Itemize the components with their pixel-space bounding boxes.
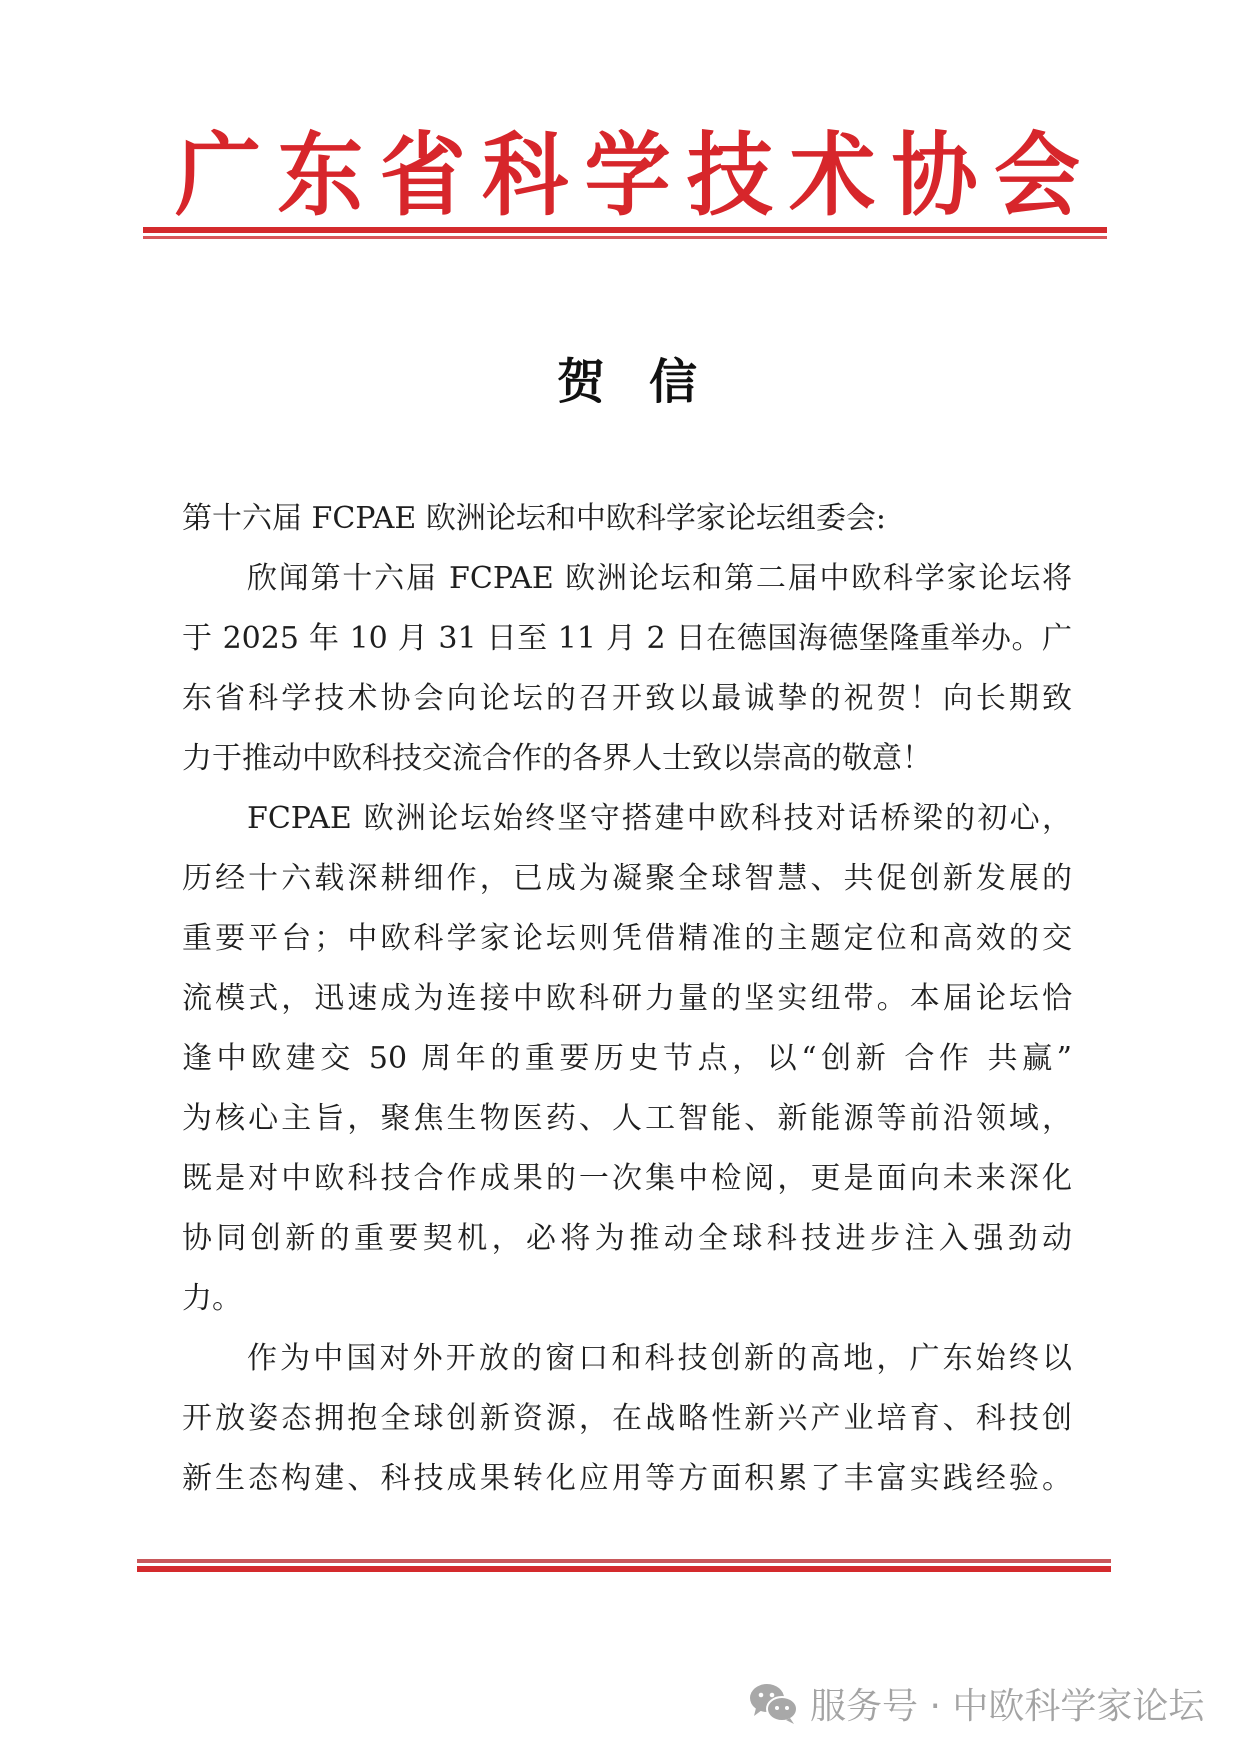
footer-rule-thin (137, 1559, 1111, 1563)
body-line: FCPAE 欧洲论坛始终坚守搭建中欧科技对话桥梁的初心， (182, 789, 1072, 849)
body-line: 既是对中欧科技合作成果的一次集中检阅，更是面向未来深化 (182, 1149, 1072, 1209)
body-line: 协同创新的重要契机，必将为推动全球科技进步注入强劲动 (182, 1209, 1072, 1269)
org-name-char: 术 (789, 126, 875, 226)
body-line: 历经十六载深耕细作，已成为凝聚全球智慧、共促创新发展的 (182, 849, 1072, 909)
body-line: 逢中欧建交 50 周年的重要历史节点，以“创新 合作 共赢” (182, 1029, 1072, 1089)
watermark-text: 服务号 · 中欧科学家论坛 (810, 1678, 1204, 1729)
org-name-char: 会 (994, 126, 1080, 226)
letter-body: 第十六届 FCPAE 欧洲论坛和中欧科学家论坛组委会: 欣闻第十六届 FCPAE… (182, 489, 1072, 1509)
letterhead-org-name: 广 东 省 科 学 技 术 协 会 (175, 128, 1080, 223)
salutation: 第十六届 FCPAE 欧洲论坛和中欧科学家论坛组委会: (182, 489, 1072, 549)
body-line: 为核心主旨，聚焦生物医药、人工智能、新能源等前沿领域， (182, 1089, 1072, 1149)
letter-title: 贺 信 (557, 352, 697, 412)
body-line: 力于推动中欧科技交流合作的各界人士致以崇高的敬意！ (182, 729, 1072, 789)
letter-title-char: 贺 (557, 352, 605, 412)
body-line: 作为中国对外开放的窗口和科技创新的高地，广东始终以 (182, 1329, 1072, 1389)
body-line: 流模式，迅速成为连接中欧科研力量的坚实纽带。本届论坛恰 (182, 969, 1072, 1029)
org-name-char: 东 (277, 126, 363, 226)
body-line: 东省科学技术协会向论坛的召开致以最诚挚的祝贺！向长期致 (182, 669, 1072, 729)
body-line: 新生态构建、科技成果转化应用等方面积累了丰富实践经验。 (182, 1449, 1072, 1509)
watermark: 服务号 · 中欧科学家论坛 (748, 1680, 1204, 1726)
org-name-char: 科 (482, 126, 568, 226)
org-name-char: 技 (687, 126, 773, 226)
header-rule-thin (143, 236, 1107, 239)
footer-rule-thick (137, 1566, 1111, 1572)
body-line: 于 2025 年 10 月 31 日至 11 月 2 日在德国海德堡隆重举办。广 (182, 609, 1072, 669)
letter-title-char: 信 (649, 352, 697, 412)
body-line: 欣闻第十六届 FCPAE 欧洲论坛和第二届中欧科学家论坛将 (182, 549, 1072, 609)
org-name-char: 省 (380, 126, 466, 226)
body-line: 开放姿态拥抱全球创新资源，在战略性新兴产业培育、科技创 (182, 1389, 1072, 1449)
org-name-char: 广 (175, 126, 261, 226)
wechat-icon (748, 1681, 800, 1725)
header-rule-thick (143, 227, 1107, 233)
body-line: 重要平台；中欧科学家论坛则凭借精准的主题定位和高效的交 (182, 909, 1072, 969)
body-line: 力。 (182, 1269, 1072, 1329)
org-name-char: 学 (585, 126, 671, 226)
org-name-char: 协 (892, 126, 978, 226)
